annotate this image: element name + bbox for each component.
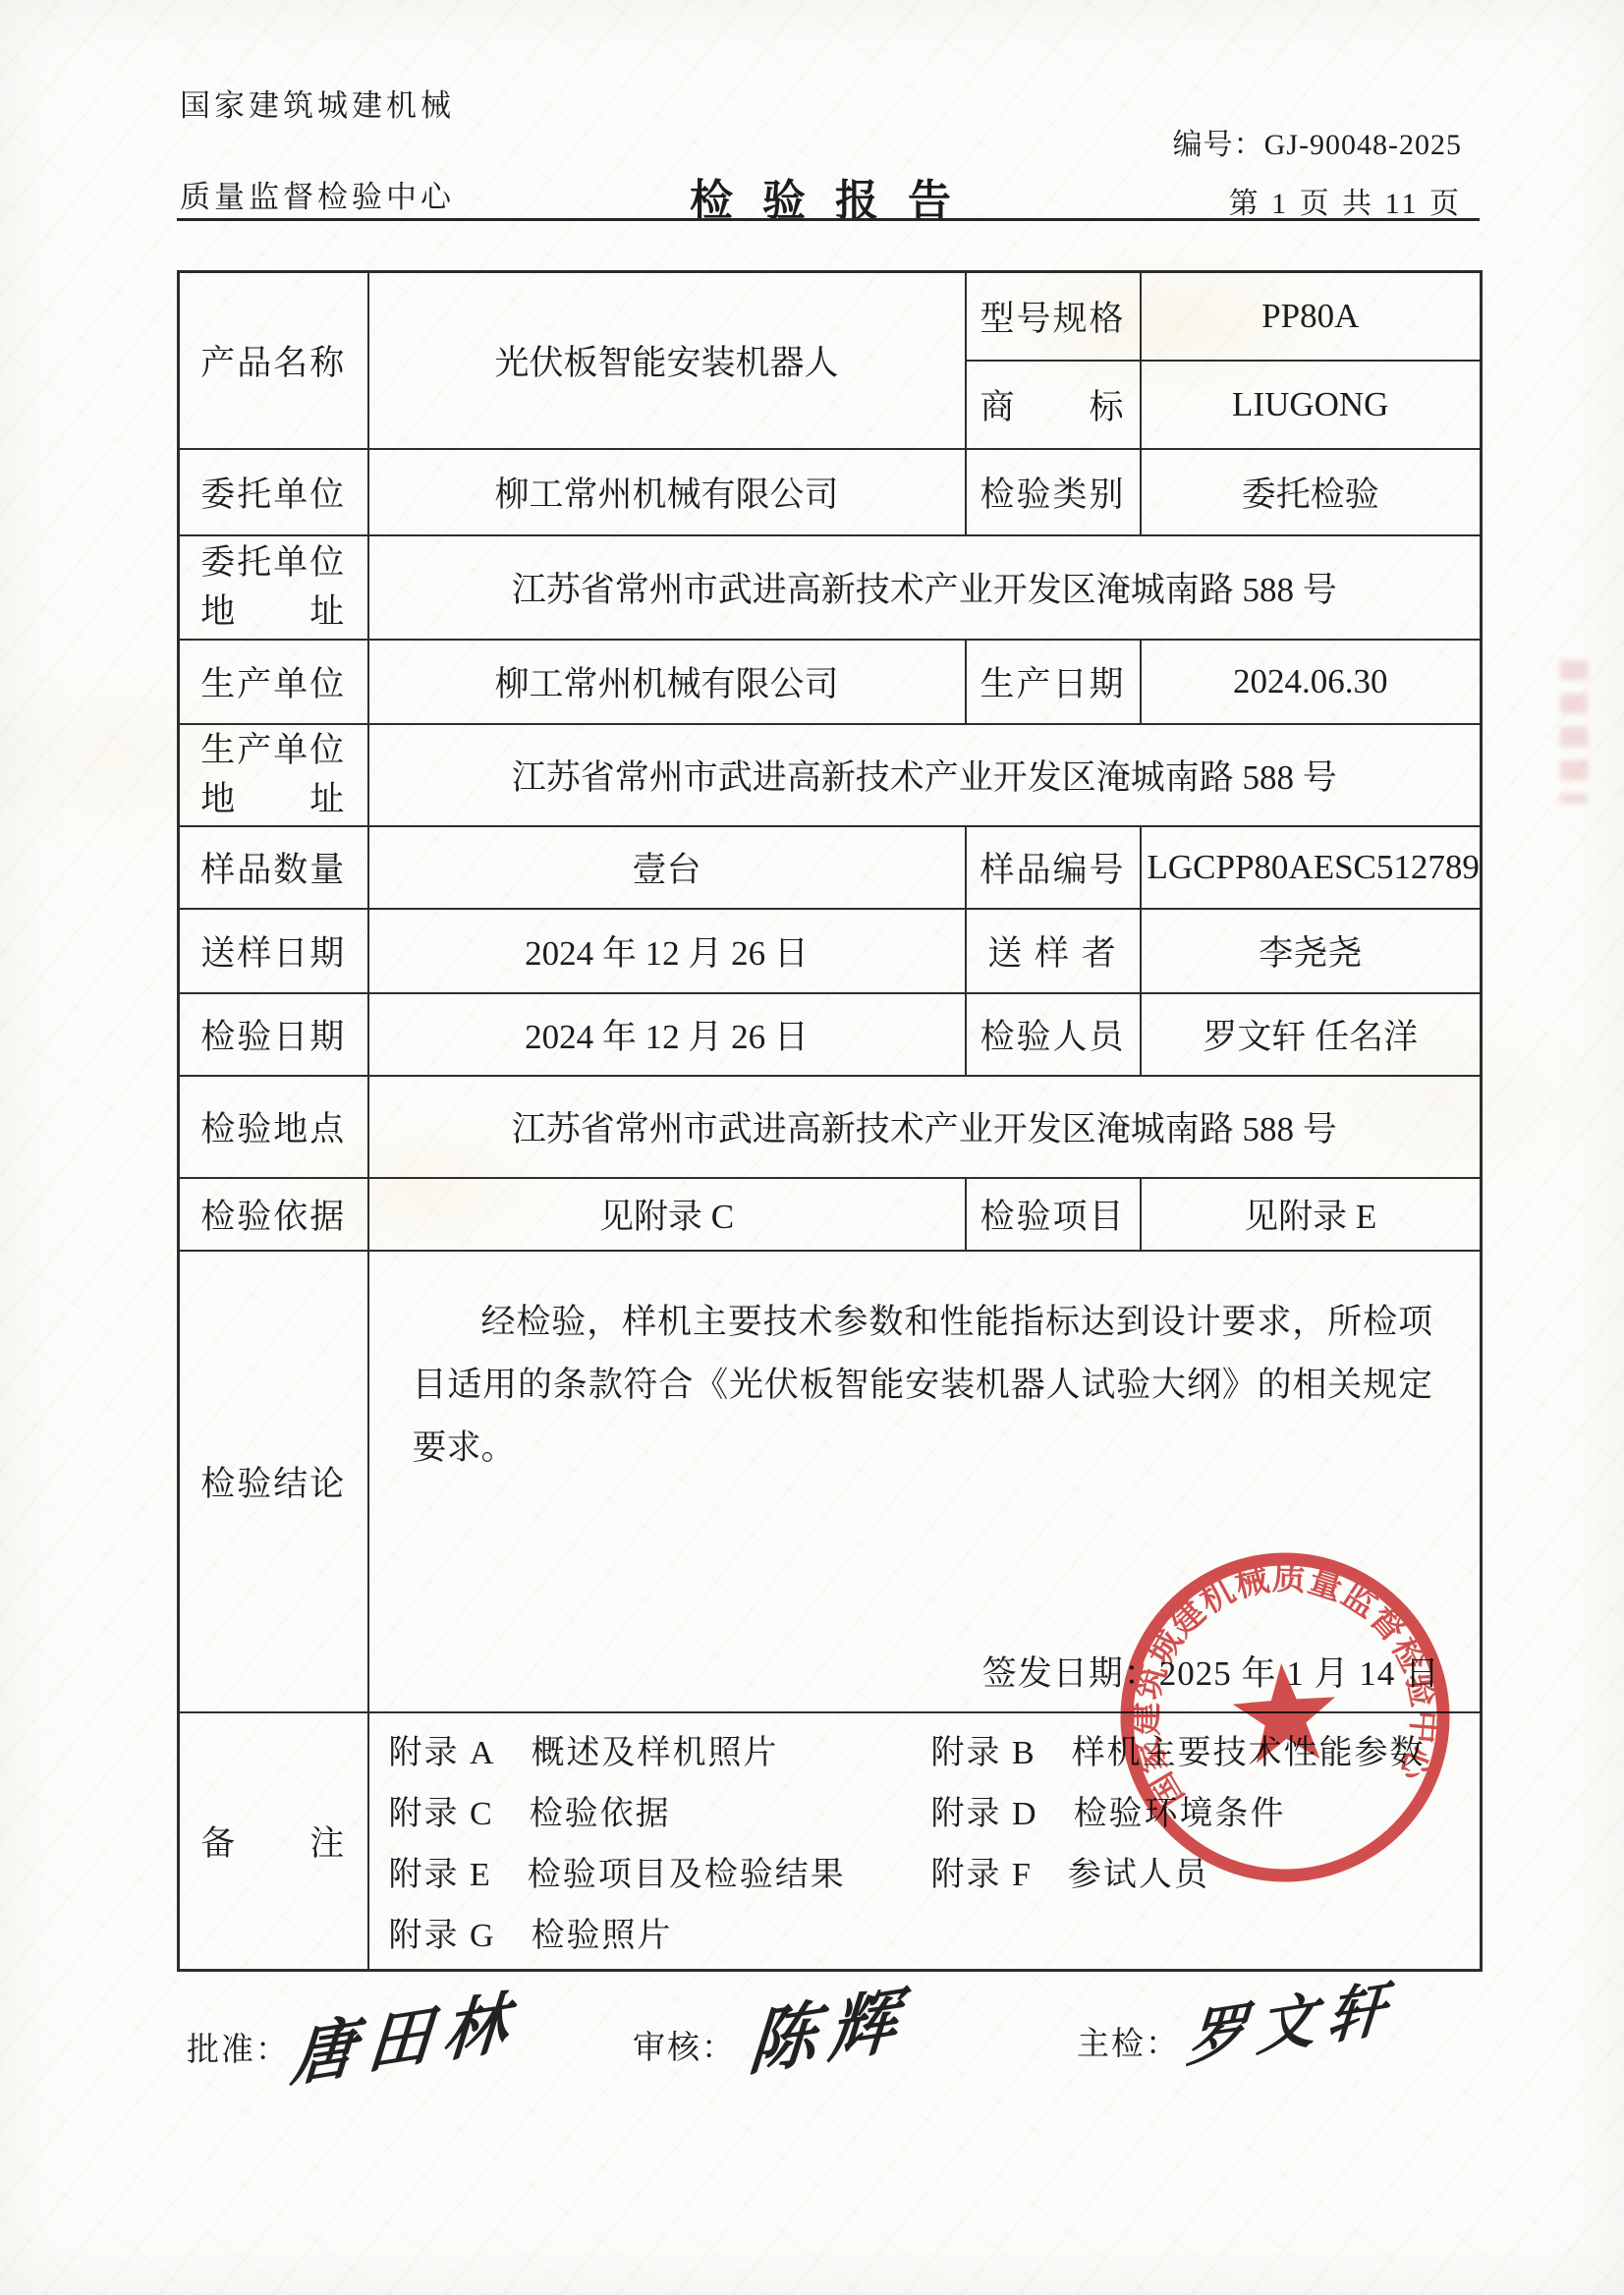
- value-client: 柳工常州机械有限公司: [368, 449, 966, 535]
- review-label: 审核：: [633, 2022, 736, 2068]
- list-item: 附录 A概述及样机照片: [389, 1725, 779, 1773]
- table-row: 检验依据 见附录 C 检验项目 见附录 E: [179, 1178, 1482, 1251]
- page-indicator: 第 1 页 共 11 页: [1229, 179, 1462, 222]
- label-sample-number: 样品编号: [966, 826, 1141, 909]
- label-inspection-basis: 检验依据: [179, 1178, 368, 1251]
- star-icon: [1230, 1659, 1339, 1764]
- bleedthrough-mark: [1560, 660, 1588, 804]
- label-conclusion: 检验结论: [179, 1251, 368, 1712]
- header-divider: [177, 218, 1480, 221]
- value-product-name: 光伏板智能安装机器人: [368, 272, 966, 449]
- label-client-address: 委托单位 地 址: [179, 535, 368, 640]
- value-model: PP80A: [1141, 272, 1482, 361]
- appendix-code: 附录 C: [389, 1796, 494, 1832]
- appendix-title: 检验项目及检验结果: [528, 1857, 846, 1893]
- chief-label: 主检：: [1077, 2018, 1180, 2064]
- label-client: 委托单位: [179, 449, 368, 535]
- table-row: 送样日期 2024 年 12 月 26 日 送 样 者 李尧尧: [179, 909, 1482, 993]
- label-client-address-line1: 委托单位: [186, 538, 362, 588]
- value-manufacturer: 柳工常州机械有限公司: [368, 640, 966, 724]
- report-number: 编号：GJ-90048-2025: [1173, 120, 1462, 163]
- label-model: 型号规格: [966, 272, 1141, 361]
- org-name-line2: 质量监督检验中心: [180, 172, 455, 216]
- appendix-code: 附录 D: [931, 1796, 1038, 1832]
- label-product-name: 产品名称: [179, 272, 368, 449]
- appendix-code: 附录 F: [931, 1857, 1033, 1893]
- table-row: 检验地点 江苏省常州市武进高新技术产业开发区淹城南路 588 号: [179, 1076, 1482, 1178]
- value-trademark: LIUGONG: [1141, 361, 1482, 449]
- table-row: 委托单位 柳工常州机械有限公司 检验类别 委托检验: [179, 449, 1482, 535]
- list-item: 附录 C检验依据: [389, 1786, 671, 1834]
- value-inspection-type: 委托检验: [1141, 449, 1482, 535]
- label-remark: 备 注: [179, 1712, 368, 1971]
- label-inspection-items: 检验项目: [966, 1178, 1141, 1251]
- value-manufacturer-address: 江苏省常州市武进高新技术产业开发区淹城南路 588 号: [368, 724, 1482, 826]
- inspection-report-page: 国家建筑城建机械 质量监督检验中心 检验报告 编号：GJ-90048-2025 …: [0, 0, 1624, 2295]
- value-inspectors: 罗文轩 任名洋: [1141, 993, 1482, 1076]
- value-sample-number: LGCPP80AESC512789: [1141, 826, 1482, 909]
- value-inspection-location: 江苏省常州市武进高新技术产业开发区淹城南路 588 号: [368, 1076, 1482, 1178]
- label-manufacturer-address: 生产单位 地 址: [179, 724, 368, 826]
- label-delivery-date: 送样日期: [179, 909, 368, 993]
- label-trademark: 商 标: [966, 361, 1141, 449]
- label-sample-quantity: 样品数量: [179, 826, 368, 909]
- value-sample-quantity: 壹台: [368, 826, 966, 909]
- label-inspection-location: 检验地点: [179, 1076, 368, 1178]
- label-inspectors: 检验人员: [966, 993, 1141, 1076]
- signature-reviewer: 陈辉: [745, 1963, 913, 2090]
- org-name-line1: 国家建筑城建机械: [180, 81, 455, 125]
- label-manufacturer-address-line1: 生产单位: [186, 726, 362, 775]
- value-inspection-items: 见附录 E: [1141, 1178, 1482, 1251]
- signature-approver: 唐田林: [288, 1967, 524, 2099]
- list-item: 附录 G检验照片: [389, 1908, 673, 1956]
- appendix-title: 检验照片: [532, 1918, 673, 1954]
- value-deliverer: 李尧尧: [1141, 909, 1482, 993]
- table-row: 产品名称 光伏板智能安装机器人 型号规格 PP80A: [179, 272, 1482, 361]
- signature-chief-inspector: 罗文轩: [1184, 1959, 1401, 2079]
- approve-label: 批准：: [187, 2024, 290, 2070]
- label-client-address-line2: 地 址: [186, 588, 362, 637]
- value-inspection-date: 2024 年 12 月 26 日: [368, 993, 966, 1076]
- table-row: 委托单位 地 址 江苏省常州市武进高新技术产业开发区淹城南路 588 号: [179, 535, 1482, 640]
- table-row: 生产单位 地 址 江苏省常州市武进高新技术产业开发区淹城南路 588 号: [179, 724, 1482, 826]
- table-row: 生产单位 柳工常州机械有限公司 生产日期 2024.06.30: [179, 640, 1482, 724]
- value-inspection-basis: 见附录 C: [368, 1178, 966, 1251]
- value-delivery-date: 2024 年 12 月 26 日: [368, 909, 966, 993]
- value-production-date: 2024.06.30: [1141, 640, 1482, 724]
- label-deliverer: 送 样 者: [966, 909, 1141, 993]
- appendix-title: 概述及样机照片: [532, 1735, 779, 1771]
- appendix-code: 附录 A: [389, 1735, 496, 1771]
- appendix-code: 附录 B: [931, 1735, 1036, 1771]
- table-row: 检验日期 2024 年 12 月 26 日 检验人员 罗文轩 任名洋: [179, 993, 1482, 1076]
- label-inspection-date: 检验日期: [179, 993, 368, 1076]
- appendix-title: 检验依据: [530, 1796, 671, 1832]
- official-seal: 国家建筑城建机械质量监督检验中心: [1094, 1527, 1477, 1909]
- value-client-address: 江苏省常州市武进高新技术产业开发区淹城南路 588 号: [368, 535, 1482, 640]
- table-row: 样品数量 壹台 样品编号 LGCPP80AESC512789: [179, 826, 1482, 909]
- appendix-code: 附录 E: [389, 1857, 492, 1893]
- list-item: 附录 E检验项目及检验结果: [389, 1847, 846, 1895]
- label-inspection-type: 检验类别: [966, 449, 1141, 535]
- appendix-code: 附录 G: [389, 1918, 496, 1954]
- label-production-date: 生产日期: [966, 640, 1141, 724]
- conclusion-text: 经检验，样机主要技术参数和性能指标达到设计要求，所检项目适用的条款符合《光伏板智…: [413, 1291, 1433, 1480]
- label-manufacturer: 生产单位: [179, 640, 368, 724]
- label-manufacturer-address-line2: 地 址: [186, 775, 362, 824]
